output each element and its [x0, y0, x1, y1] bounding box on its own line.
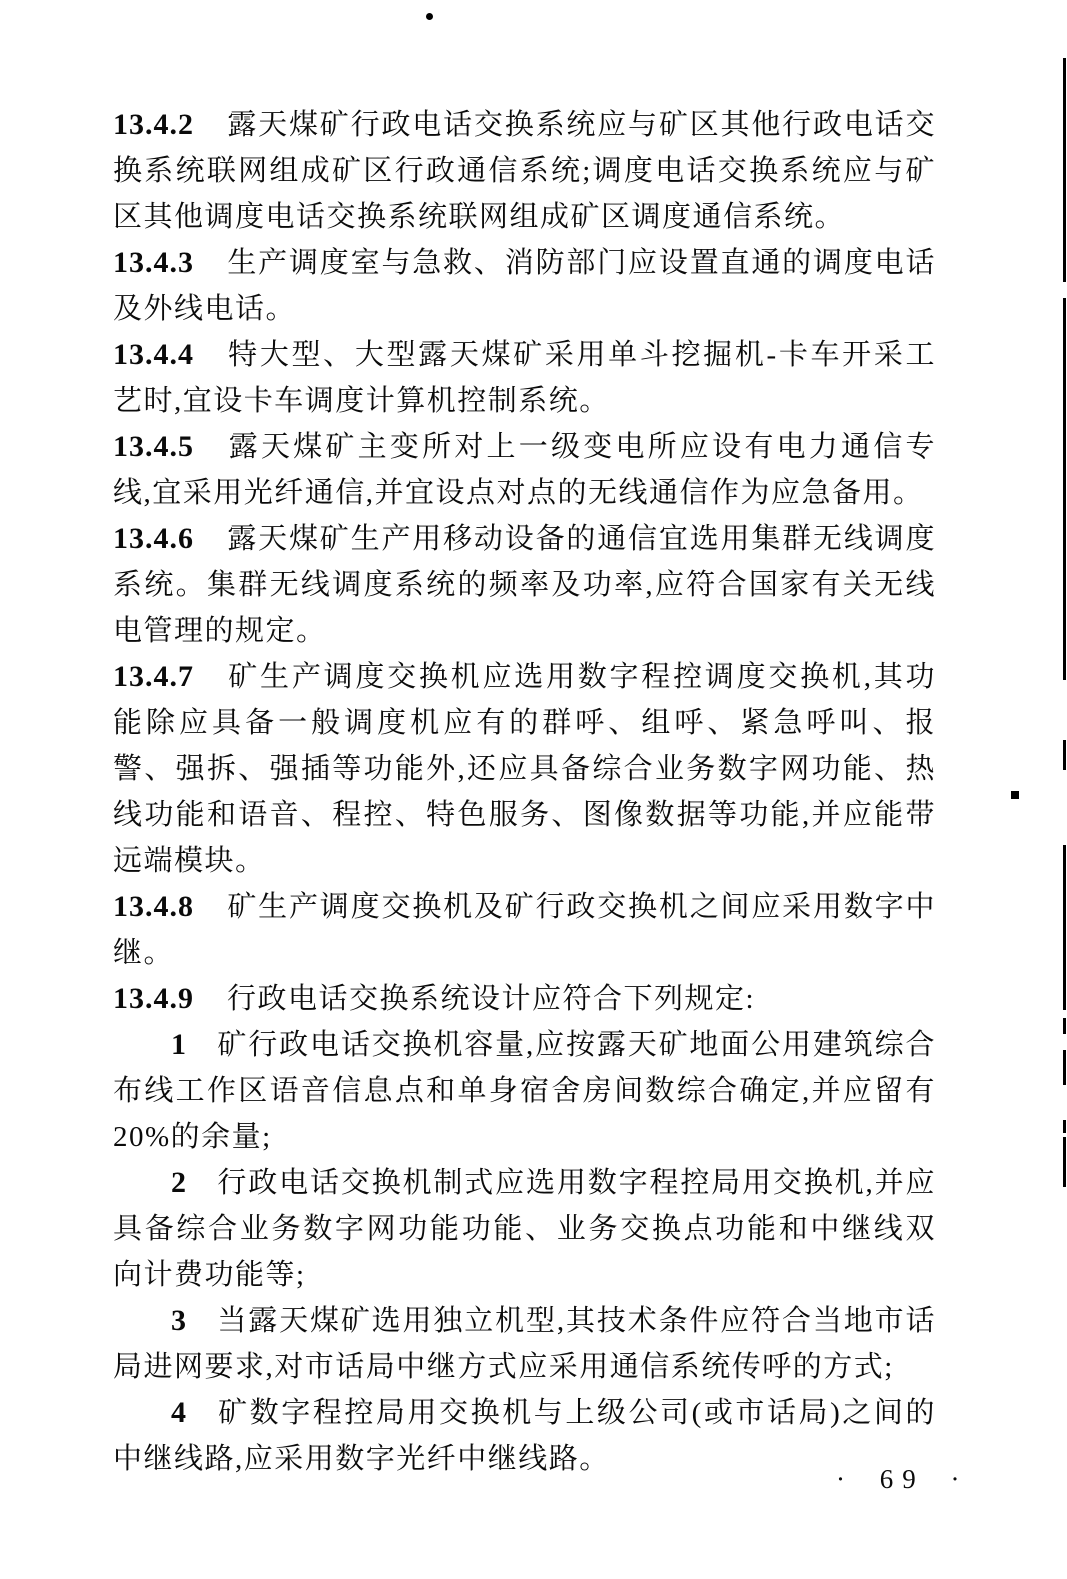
subclause-1: 1矿行政电话交换机容量,应按露天矿地面公用建筑综合布线工作区语音信息点和单身宿舍…	[113, 1022, 936, 1160]
subclause-text: 矿数字程控局用交换机与上级公司(或市话局)之间的中继线路,应采用数字光纤中继线路…	[113, 1397, 936, 1475]
clause-number: 13.4.9	[113, 982, 194, 1015]
clause-text: 特大型、大型露天煤矿采用单斗挖掘机-卡车开采工艺时,宜设卡车调度计算机控制系统。	[113, 339, 936, 417]
clause-13-4-7: 13.4.7矿生产调度交换机应选用数字程控调度交换机,其功能除应具备一般调度机应…	[113, 654, 936, 884]
clause-number: 13.4.2	[113, 108, 194, 141]
subclause-number: 3	[171, 1304, 187, 1337]
scan-speck-top	[426, 13, 433, 20]
scan-edge-artifact	[1063, 1120, 1066, 1133]
scan-edge-artifact	[1063, 298, 1066, 680]
clause-13-4-3: 13.4.3生产调度室与急救、消防部门应设置直通的调度电话及外线电话。	[113, 240, 936, 332]
page-number: · 69 ·	[836, 1464, 968, 1495]
clause-13-4-2: 13.4.2露天煤矿行政电话交换系统应与矿区其他行政电话交换系统联网组成矿区行政…	[113, 102, 936, 240]
clause-number: 13.4.5	[113, 430, 194, 463]
subclause-text: 矿行政电话交换机容量,应按露天矿地面公用建筑综合布线工作区语音信息点和单身宿舍房…	[113, 1029, 936, 1153]
clause-text: 矿生产调度交换机及矿行政交换机之间应采用数字中继。	[113, 891, 936, 969]
scan-edge-artifact	[1063, 1137, 1066, 1187]
subclause-2: 2行政电话交换机制式应选用数字程控局用交换机,并应具备综合业务数字网功能功能、业…	[113, 1160, 936, 1298]
clause-text: 矿生产调度交换机应选用数字程控调度交换机,其功能除应具备一般调度机应有的群呼、组…	[113, 661, 936, 877]
subclause-number: 1	[171, 1028, 187, 1061]
subclause-4: 4矿数字程控局用交换机与上级公司(或市话局)之间的中继线路,应采用数字光纤中继线…	[113, 1390, 936, 1482]
scan-edge-artifact	[1063, 1050, 1066, 1085]
clause-13-4-9: 13.4.9行政电话交换系统设计应符合下列规定:	[113, 976, 936, 1022]
body-text: 13.4.2露天煤矿行政电话交换系统应与矿区其他行政电话交换系统联网组成矿区行政…	[113, 102, 936, 1482]
clause-13-4-4: 13.4.4特大型、大型露天煤矿采用单斗挖掘机-卡车开采工艺时,宜设卡车调度计算…	[113, 332, 936, 424]
clause-number: 13.4.6	[113, 522, 194, 555]
scanned-document-page: 13.4.2露天煤矿行政电话交换系统应与矿区其他行政电话交换系统联网组成矿区行政…	[0, 0, 1067, 1579]
clause-number: 13.4.8	[113, 890, 194, 923]
subclause-number: 2	[171, 1166, 187, 1199]
subclause-text: 行政电话交换机制式应选用数字程控局用交换机,并应具备综合业务数字网功能功能、业务…	[113, 1167, 936, 1291]
scan-speck-right	[1011, 791, 1019, 799]
clause-number: 13.4.7	[113, 660, 194, 693]
subclause-number: 4	[171, 1396, 187, 1429]
clause-13-4-6: 13.4.6露天煤矿生产用移动设备的通信宜选用集群无线调度系统。集群无线调度系统…	[113, 516, 936, 654]
scan-edge-artifact	[1063, 845, 1066, 1010]
clause-number: 13.4.4	[113, 338, 194, 371]
clause-text: 生产调度室与急救、消防部门应设置直通的调度电话及外线电话。	[113, 247, 936, 325]
clause-text: 露天煤矿生产用移动设备的通信宜选用集群无线调度系统。集群无线调度系统的频率及功率…	[113, 523, 936, 647]
clause-text: 行政电话交换系统设计应符合下列规定:	[227, 983, 755, 1015]
clause-13-4-8: 13.4.8矿生产调度交换机及矿行政交换机之间应采用数字中继。	[113, 884, 936, 976]
clause-text: 露天煤矿行政电话交换系统应与矿区其他行政电话交换系统联网组成矿区行政通信系统;调…	[113, 109, 936, 233]
subclause-3: 3当露天煤矿选用独立机型,其技术条件应符合当地市话局进网要求,对市话局中继方式应…	[113, 1298, 936, 1390]
scan-edge-artifact	[1063, 58, 1066, 282]
subclause-text: 当露天煤矿选用独立机型,其技术条件应符合当地市话局进网要求,对市话局中继方式应采…	[113, 1305, 936, 1383]
scan-edge-artifact	[1063, 1018, 1066, 1034]
clause-text: 露天煤矿主变所对上一级变电所应设有电力通信专线,宜采用光纤通信,并宜设点对点的无…	[113, 431, 936, 509]
clause-13-4-5: 13.4.5露天煤矿主变所对上一级变电所应设有电力通信专线,宜采用光纤通信,并宜…	[113, 424, 936, 516]
clause-number: 13.4.3	[113, 246, 194, 279]
scan-edge-artifact	[1063, 740, 1066, 770]
